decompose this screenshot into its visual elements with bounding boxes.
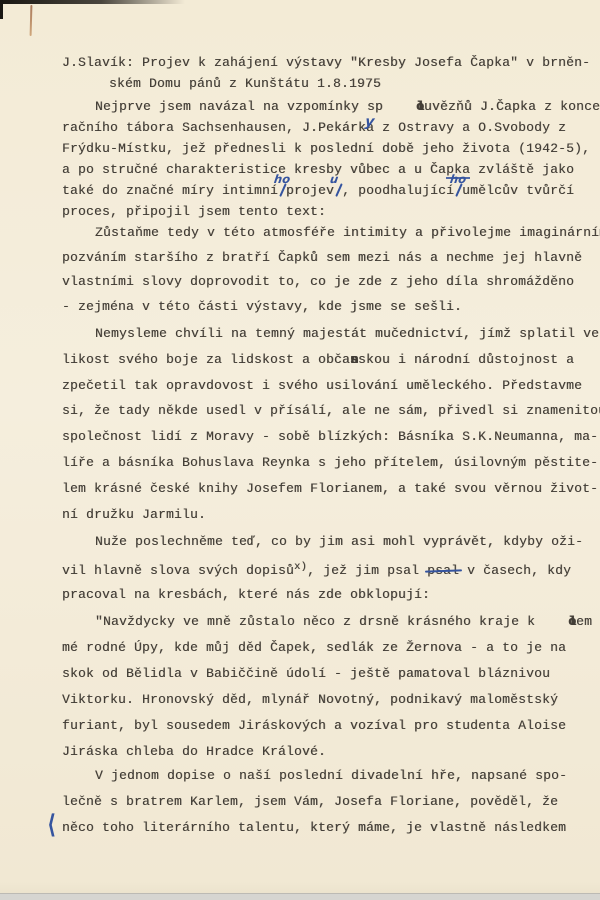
red-crease-mark	[30, 5, 33, 36]
text-line: likost svého boje za lidskost a občasnsk…	[62, 347, 600, 373]
text-line: pracoval na kresbách, které nás zde obkl…	[62, 583, 583, 608]
handwritten-margin-bracket: ⟨	[47, 808, 56, 839]
struck-through-word: psal	[427, 559, 459, 584]
text-line: lečně s bratrem Karlem, jsem Vám, Josefa…	[62, 789, 567, 815]
text-line: líře a básníka Bohuslava Reynka s jeho p…	[62, 450, 600, 476]
paragraph-3: Nemysleme chvíli na temný majestát mučed…	[62, 321, 600, 527]
paragraph-1: Nejprve jsem navázal na vzpomínky spoluv…	[62, 96, 600, 222]
text-line: společnost lidí z Moravy - sobě blízkých…	[62, 424, 600, 450]
text-line-with-footnote: vil hlavně slova svých dopisůx), jež jim…	[62, 555, 583, 584]
scanned-typewritten-page: { "scan": { "paper_color": "#f4ecd9", "i…	[0, 0, 600, 900]
text-line: - zejména v této části výstavy, kde jsme…	[62, 295, 600, 320]
handwritten-correction: ay	[366, 117, 374, 138]
paragraph-5-quote: "Navždycky ve mně zůstalo něco z drsně k…	[62, 609, 592, 765]
text-line: něco toho literárního talentu, který mám…	[62, 815, 567, 841]
text-line: zpečetil tak opravdovost i svého usilová…	[62, 373, 600, 399]
text-line: furiant, byl sousedem Jiráskových a vozí…	[62, 713, 592, 739]
text-line: pozváním staršího z bratří Čapků sem mez…	[62, 246, 600, 271]
text-line: Nejprve jsem navázal na vzpomínky spoluv…	[62, 96, 600, 117]
paragraph-4: Nuže poslechněme teď, co by jim asi mohl…	[62, 530, 583, 608]
text-line: Frýdku-Místku, jež přednesli k poslední …	[62, 138, 600, 159]
text-line: Nuže poslechněme teď, co by jim asi mohl…	[62, 530, 583, 555]
footnote-marker: x)	[294, 561, 307, 573]
handwritten-insertion: ho	[454, 183, 462, 196]
handwritten-text: ho	[449, 169, 468, 190]
text-line: Nemysleme chvíli na temný majestát mučed…	[62, 321, 600, 347]
text-line: ní družku Jarmilu.	[62, 502, 600, 528]
text-line: V jednom dopise o naší poslední divadeln…	[62, 763, 567, 789]
scan-edge-corner	[0, 0, 3, 19]
text-line: mé rodné Úpy, kde můj děd Čapek, sedlák …	[62, 635, 592, 661]
overstruck-letters: ol	[535, 609, 576, 635]
text-line: skok od Bělidla v Babiččině údolí - ješt…	[62, 661, 592, 687]
text-line-with-insertions: také do značné míry intimníhoprojevu, po…	[62, 180, 600, 201]
text-line: Jiráska chleba do Hradce Králové.	[62, 739, 592, 765]
scan-edge-bottom	[0, 893, 600, 900]
text-line: proces, připojil jsem tento text:	[62, 201, 600, 222]
text-line: "Navždycky ve mně zůstalo něco z drsně k…	[62, 609, 592, 635]
text-line: račního tábora Sachsenhausen, J.Pekárkay…	[62, 117, 600, 138]
title-line-1: J.Slavík: Projev k zahájení výstavy "Kre…	[62, 52, 590, 73]
scan-edge-top	[0, 0, 185, 4]
text-line: Viktorku. Hronovský děd, mlynář Novotný,…	[62, 687, 592, 713]
text-line: Zůstaňme tedy v této atmosféře intimity …	[62, 221, 600, 246]
handwritten-text: ho	[273, 169, 292, 190]
title-line-2: ském Domu pánů z Kunštátu 1.8.1975	[62, 73, 590, 94]
handwritten-insertion: u	[334, 183, 342, 196]
paragraph-2: Zůstaňme tedy v této atmosféře intimity …	[62, 221, 600, 319]
paragraph-6: V jednom dopise o naší poslední divadeln…	[62, 763, 567, 841]
document-title: J.Slavík: Projev k zahájení výstavy "Kre…	[62, 52, 590, 94]
overstruck-letters: ol	[383, 96, 424, 117]
text-line: si, že tady někde usedl v přísálí, ale n…	[62, 398, 600, 424]
text-line: lem krásné české knihy Josefem Florianem…	[62, 476, 600, 502]
overstruck-letters: sn	[350, 347, 358, 373]
text-line: vlastními slovy doprovodit to, co je zde…	[62, 270, 600, 295]
handwritten-insertion: ho	[278, 183, 286, 196]
